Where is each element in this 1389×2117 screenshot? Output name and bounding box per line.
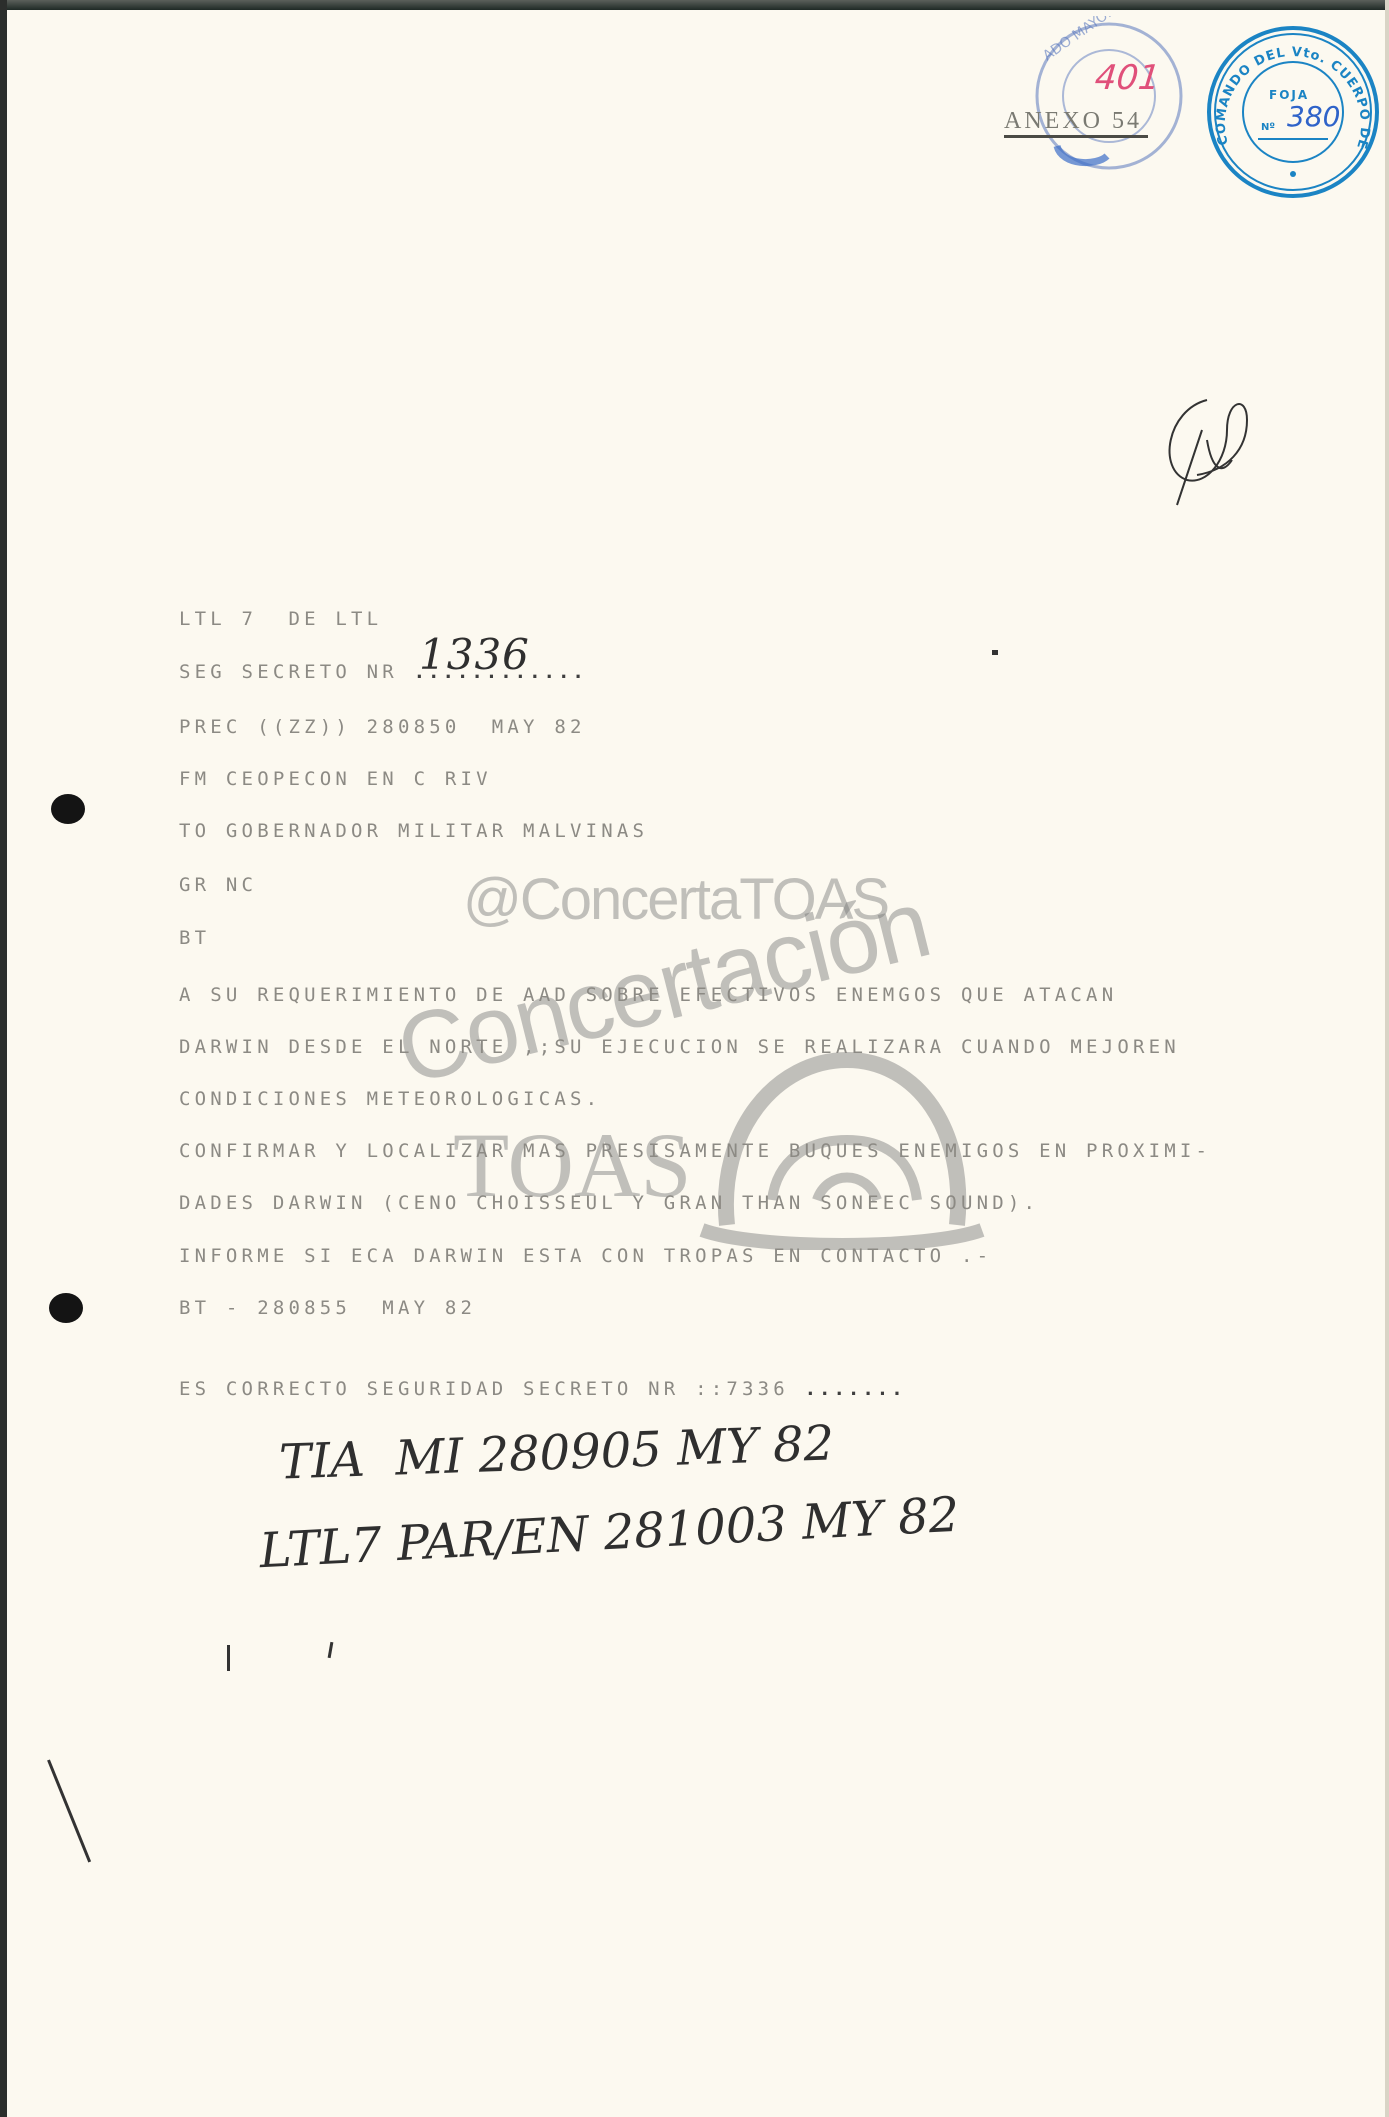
verification-label: ES CORRECTO SEGURIDAD SECRETO NR ::7336 (179, 1378, 805, 1400)
scan-right-edge (1385, 0, 1389, 2117)
break-end: BT - 280855 MAY 82 (179, 1297, 476, 1319)
verification-line: ES CORRECTO SEGURIDAD SECRETO NR ::7336 … (179, 1378, 906, 1400)
security-label: SEG SECRETO NR (179, 661, 414, 683)
page-number-red: 401 (1093, 58, 1162, 98)
body-line: DADES DARWIN (CENO CHOISSEUL Y GRAN THAN… (179, 1192, 1039, 1214)
body-line: CONDICIONES METEOROLOGICAS. (179, 1088, 601, 1110)
punch-hole (49, 1293, 83, 1323)
body-line: DARWIN DESDE EL NORTE ,;SU EJECUCION SE … (179, 1036, 1180, 1058)
stray-mark (328, 1642, 334, 1658)
nr-label: Nº (1261, 122, 1275, 133)
header-line: LTL 7 DE LTL (179, 608, 382, 630)
body-line: CONFIRMAR Y LOCALIZAR MAS PRESISAMENTE B… (179, 1140, 1211, 1162)
body-line: A SU REQUERIMIENTO DE AAD SOBRE EFECTIVO… (179, 984, 1117, 1006)
body-line: INFORME SI ECA DARWIN ESTA CON TROPAS EN… (179, 1245, 992, 1267)
precedence-line: PREC ((ZZ)) 280850 MAY 82 (179, 716, 586, 738)
verification-dots: ....... (805, 1378, 906, 1400)
scan-top-edge (7, 0, 1389, 10)
security-number-handwritten: 1336 (419, 630, 530, 679)
stray-mark (992, 650, 998, 655)
foja-number: 380 (1287, 100, 1340, 133)
to-line: TO GOBERNADOR MILITAR MALVINAS (179, 820, 648, 842)
signature-icon (1147, 390, 1277, 520)
from-line: FM CEOPECON EN C RIV (179, 768, 492, 790)
break-start: BT (179, 927, 210, 949)
punch-hole (51, 794, 85, 824)
group-line: GR NC (179, 874, 257, 896)
document-page: @ConcertaTOAS Concertación TOAS ADO MAYO… (0, 0, 1389, 2117)
stray-mark (47, 1759, 91, 1862)
handwritten-note-2: LTL7 PAR/EN 281003 MY 82 (258, 1487, 960, 1580)
annex-label: ANEXO 54 (1004, 108, 1148, 138)
handwritten-note-1: TIA MI 280905 MY 82 (278, 1415, 835, 1490)
stray-mark (227, 1645, 230, 1671)
